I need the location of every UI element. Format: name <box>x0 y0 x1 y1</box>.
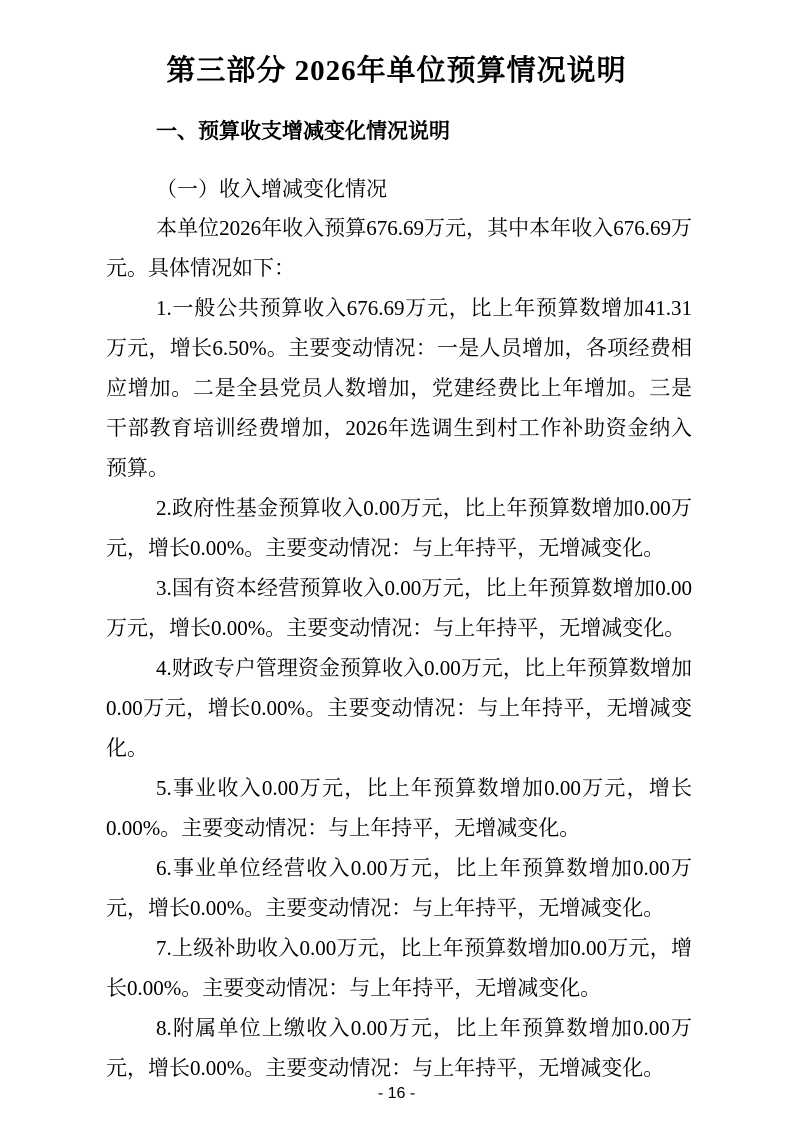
text-column: 一、预算收支增减变化情况说明 （一）收入增减变化情况 本单位2026年收入预算6… <box>106 120 692 1088</box>
paragraph: 3.国有资本经营预算收入0.00万元，比上年预算数增加0.00万元，增长0.00… <box>106 568 692 648</box>
page-title: 第三部分 2026年单位预算情况说明 <box>40 52 753 90</box>
section-heading: 一、预算收支增减变化情况说明 <box>106 120 692 143</box>
paragraph: 6.事业单位经营收入0.00万元，比上年预算数增加0.00万元，增长0.00%。… <box>106 848 692 928</box>
document-page: 第三部分 2026年单位预算情况说明 一、预算收支增减变化情况说明 （一）收入增… <box>0 0 793 1122</box>
paragraph: 本单位2026年收入预算676.69万元，其中本年收入676.69万元。具体情况… <box>106 208 692 288</box>
paragraph: 7.上级补助收入0.00万元，比上年预算数增加0.00万元，增长0.00%。主要… <box>106 928 692 1008</box>
paragraph: 1.一般公共预算收入676.69万元，比上年预算数增加41.31万元，增长6.5… <box>106 288 692 488</box>
body-paragraphs: 本单位2026年收入预算676.69万元，其中本年收入676.69万元。具体情况… <box>106 208 692 1088</box>
paragraph: 5.事业收入0.00万元，比上年预算数增加0.00万元，增长0.00%。主要变动… <box>106 768 692 848</box>
paragraph: 4.财政专户管理资金预算收入0.00万元，比上年预算数增加0.00万元，增长0.… <box>106 648 692 768</box>
paragraph: 8.附属单位上缴收入0.00万元，比上年预算数增加0.00万元，增长0.00%。… <box>106 1008 692 1088</box>
paragraph: 2.政府性基金预算收入0.00万元，比上年预算数增加0.00万元，增长0.00%… <box>106 488 692 568</box>
page-number: - 16 - <box>0 1085 793 1103</box>
subsection-heading: （一）收入增减变化情况 <box>106 179 692 200</box>
